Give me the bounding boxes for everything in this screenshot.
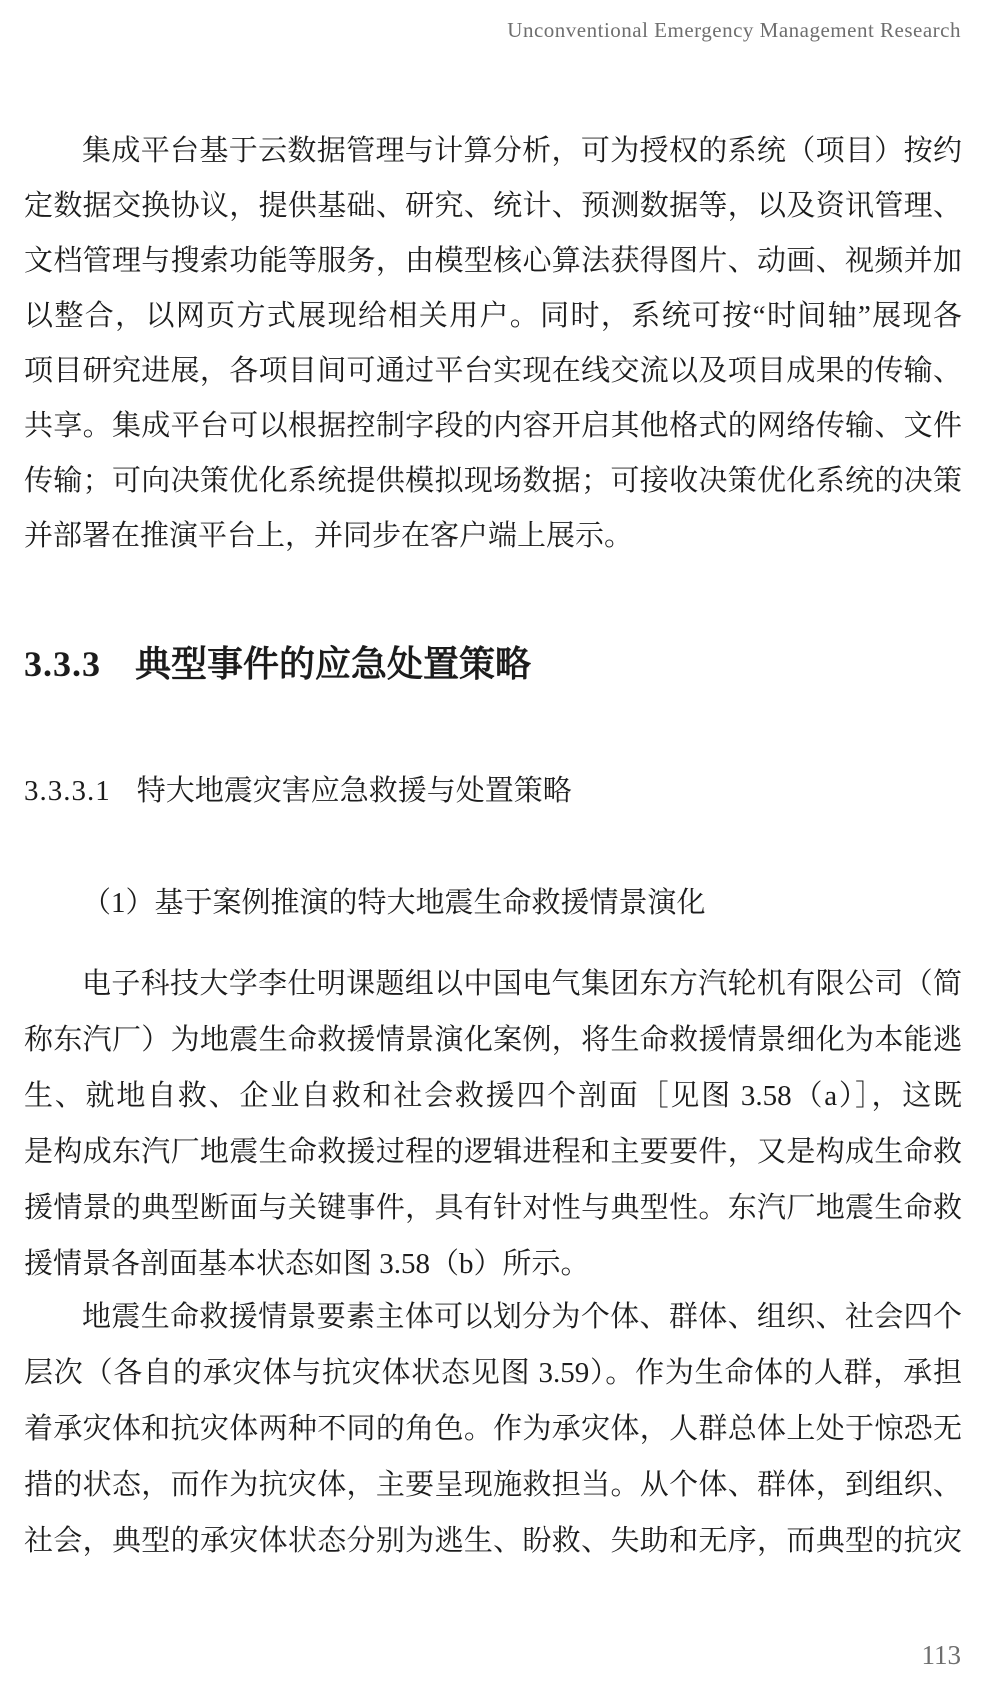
paragraph-line: 援情景的典型断面与关键事件，具有针对性与典型性。东汽厂地震生命救 <box>24 1180 962 1236</box>
paragraph-line: 电子科技大学李仕明课题组以中国电气集团东方汽轮机有限公司（简 <box>24 956 962 1012</box>
paragraph-line: 是构成东汽厂地震生命救援过程的逻辑进程和主要要件，又是构成生命救 <box>24 1124 962 1180</box>
paragraph-3: 地震生命救援情景要素主体可以划分为个体、群体、组织、社会四个 层次（各自的承灾体… <box>24 1289 962 1569</box>
paragraph-line: 措的状态，而作为抗灾体，主要呈现施救担当。从个体、群体，到组织、 <box>24 1457 962 1513</box>
section-heading: 3.3.3典型事件的应急处置策略 <box>24 643 531 685</box>
section-title: 典型事件的应急处置策略 <box>135 644 531 684</box>
paragraph-1: 集成平台基于云数据管理与计算分析，可为授权的系统（项目）按约 定数据交换协议，提… <box>24 124 962 564</box>
paragraph-line: 并部署在推演平台上，并同步在客户端上展示。 <box>24 509 962 564</box>
paragraph-line: 集成平台基于云数据管理与计算分析，可为授权的系统（项目）按约 <box>24 124 962 179</box>
document-page: Unconventional Emergency Management Rese… <box>0 0 985 1697</box>
subsection-number: 3.3.3.1 <box>24 775 111 807</box>
paragraph-line: 传输；可向决策优化系统提供模拟现场数据；可接收决策优化系统的决策 <box>24 454 962 509</box>
paragraph-line: 称东汽厂）为地震生命救援情景演化案例，将生命救援情景细化为本能逃 <box>24 1012 962 1068</box>
paragraph-line: 着承灾体和抗灾体两种不同的角色。作为承灾体，人群总体上处于惊恐无 <box>24 1401 962 1457</box>
paragraph-line: 地震生命救援情景要素主体可以划分为个体、群体、组织、社会四个 <box>24 1289 962 1345</box>
paragraph-line: 援情景各剖面基本状态如图 3.58（b）所示。 <box>24 1236 962 1292</box>
numbered-item-heading: （1）基于案例推演的特大地震生命救援情景演化 <box>24 876 985 931</box>
paragraph-line: 项目研究进展，各项目间可通过平台实现在线交流以及项目成果的传输、 <box>24 344 962 399</box>
running-header: Unconventional Emergency Management Rese… <box>507 18 961 43</box>
paragraph-line: 以整合，以网页方式展现给相关用户。同时，系统可按“时间轴”展现各 <box>24 289 962 344</box>
paragraph-line: 定数据交换协议，提供基础、研究、统计、预测数据等，以及资讯管理、 <box>24 179 962 234</box>
subsection-title: 特大地震灾害应急救援与处置策略 <box>137 775 572 807</box>
paragraph-line: 文档管理与搜索功能等服务，由模型核心算法获得图片、动画、视频并加 <box>24 234 962 289</box>
section-number: 3.3.3 <box>24 644 101 684</box>
page-number: 113 <box>922 1640 962 1671</box>
paragraph-2: 电子科技大学李仕明课题组以中国电气集团东方汽轮机有限公司（简 称东汽厂）为地震生… <box>24 956 962 1292</box>
paragraph-line: 共享。集成平台可以根据控制字段的内容开启其他格式的网络传输、文件 <box>24 399 962 454</box>
paragraph-line: 层次（各自的承灾体与抗灾体状态见图 3.59）。作为生命体的人群，承担 <box>24 1345 962 1401</box>
paragraph-line: 生、就地自救、企业自救和社会救援四个剖面［见图 3.58（a）］，这既 <box>24 1068 962 1124</box>
paragraph-line: 社会，典型的承灾体状态分别为逃生、盼救、失助和无序，而典型的抗灾 <box>24 1513 962 1569</box>
subsection-heading: 3.3.3.1特大地震灾害应急救援与处置策略 <box>24 773 572 809</box>
